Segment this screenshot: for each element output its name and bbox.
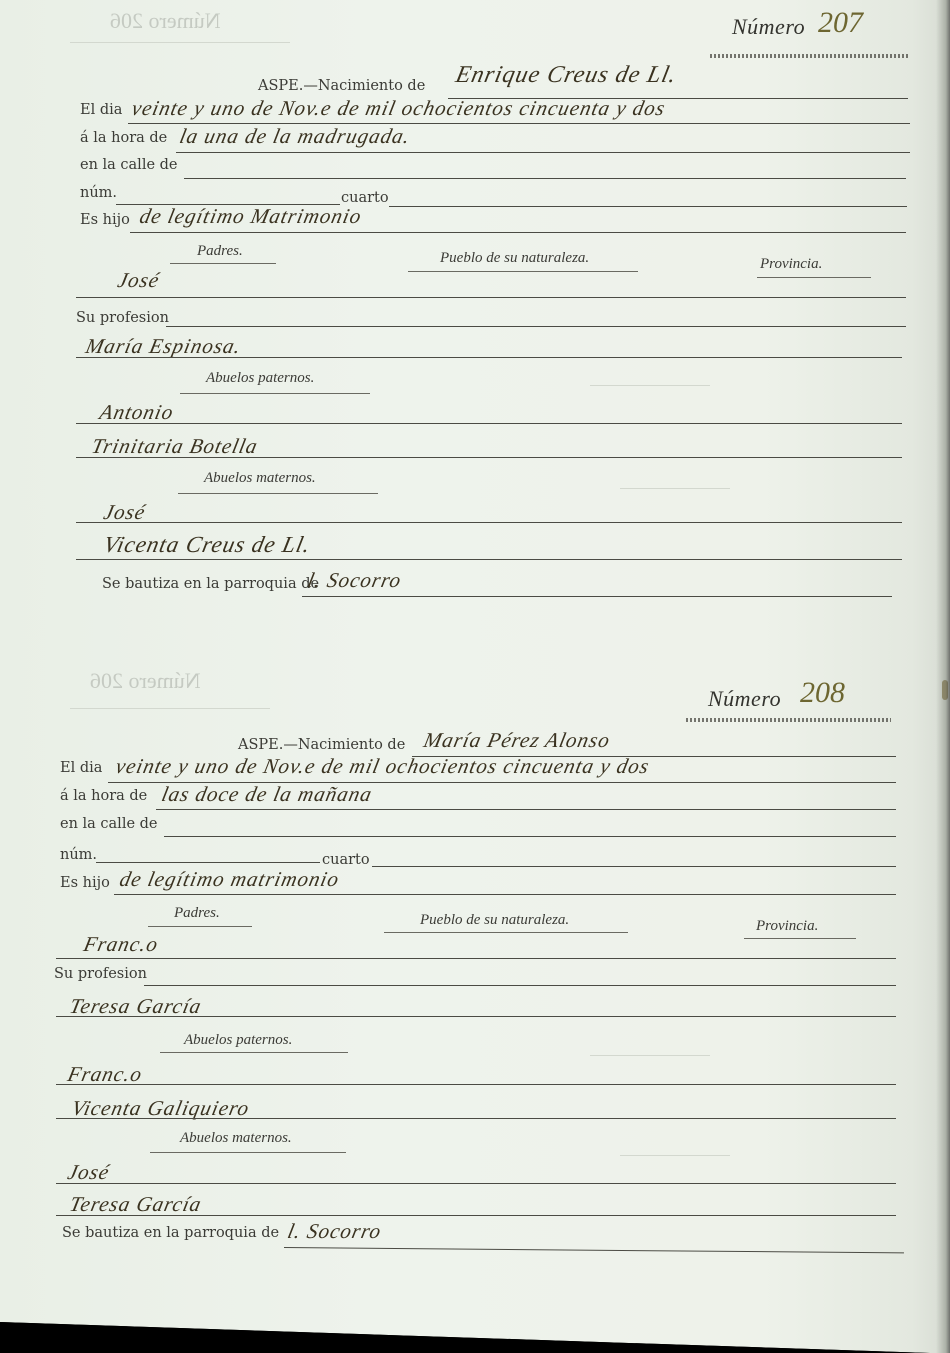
column-rule [148,926,252,927]
abuelos-maternos-label: Abuelos maternos. [204,470,316,487]
column-rule [150,1152,346,1153]
abuelo-materno: José [65,1160,112,1185]
register-page: Número 206 Número 206 Número 207 ASPE.—N… [0,0,950,1353]
header-printed: ASPE.—Nacimiento de [238,737,405,753]
column-rule [757,277,871,278]
hora-label: á la hora de [80,130,167,146]
field-line [56,1016,896,1017]
field-line [176,152,910,153]
num-label: núm. [80,185,117,201]
num-label: núm. [60,847,97,863]
field-line [56,1118,896,1119]
bleed-through-line [70,42,290,43]
es-hijo-label: Es hijo [60,875,110,891]
abuelos-paternos-label: Abuelos paternos. [206,370,314,387]
column-rule [178,493,378,494]
bautiza-value: l. Socorro [285,1219,384,1244]
es-hijo-label: Es hijo [80,212,130,228]
numero-underline [686,718,891,722]
hora-label: á la hora de [60,788,147,804]
el-dia-label: El dia [80,102,122,118]
column-rule [160,1052,348,1053]
abuelos-maternos-label: Abuelos maternos. [180,1130,292,1147]
bleed-through-line [590,385,710,386]
column-rule [384,932,628,933]
bleed-through-numero-middle: Número 206 [90,668,201,694]
field-line [372,866,896,867]
nacimiento-de-value: Enrique Creus de Ll. [453,62,679,89]
hora-value: la una de la madrugada. [177,124,412,149]
calle-label: en la calle de [60,816,158,832]
madre-name: María Espinosa. [83,334,243,359]
padre-name: José [115,268,162,293]
es-hijo-value: de legítimo Matrimonio [137,204,364,229]
field-line [96,862,320,863]
bleed-through-line [590,1055,710,1056]
el-dia-label: El dia [60,760,102,776]
field-line [56,1084,896,1085]
col-padres: Padres. [174,905,220,922]
column-rule [408,271,638,272]
padre-name: Franc.o [81,932,160,957]
field-line [76,423,902,424]
field-line [156,809,896,810]
header-printed: ASPE.—Nacimiento de [258,78,425,94]
el-dia-value: veinte y uno de Nov.e de mil ochocientos… [129,96,668,121]
cuarto-label: cuarto [322,852,370,868]
bleed-through-numero-top: Número 206 [110,8,221,34]
col-pueblo: Pueblo de su naturaleza. [420,912,569,929]
abuela-paterna: Trinitaria Botella [89,434,260,459]
field-line [302,596,892,597]
nacimiento-de-value: María Pérez Alonso [421,728,612,753]
bautiza-value: l. Socorro [305,568,404,593]
bleed-through-line [620,488,730,489]
field-line [114,894,896,895]
field-line [184,178,906,179]
profesion-label: Su profesion [76,310,169,326]
field-line [56,1215,896,1216]
col-provincia: Provincia. [760,256,822,273]
abuelo-paterno: Antonio [97,400,176,425]
numero-value: 208 [800,676,845,710]
field-line [76,457,902,458]
numero-label: Número [732,14,805,40]
col-provincia: Provincia. [756,918,818,935]
bautiza-label: Se bautiza en la parroquia de [62,1225,279,1241]
el-dia-value: veinte y uno de Nov.e de mil ochocientos… [113,754,652,779]
abuelos-paternos-label: Abuelos paternos. [184,1032,292,1049]
calle-label: en la calle de [80,157,178,173]
field-line [56,1183,896,1184]
field-line [76,297,906,298]
bleed-through-line [70,708,270,709]
hora-value: las doce de la mañana [159,782,374,807]
field-line [144,985,896,986]
numero-underline [710,54,910,58]
page-edge-shadow [936,0,950,1353]
numero-value: 207 [818,6,863,40]
field-line [164,836,896,837]
field-line [76,522,902,523]
abuela-materna: Teresa García [67,1192,204,1217]
column-rule [170,263,276,264]
field-line [166,326,906,327]
col-pueblo: Pueblo de su naturaleza. [440,250,589,267]
bleed-through-line [620,1155,730,1156]
profesion-label: Su profesion [54,966,147,982]
column-rule [180,393,370,394]
field-line [76,559,902,560]
field-line [130,232,906,233]
bautiza-label: Se bautiza en la parroquia de [102,576,319,592]
col-padres: Padres. [197,243,243,260]
field-line [56,958,896,959]
numero-label: Número [708,686,781,712]
es-hijo-value: de legítimo matrimonio [117,867,341,892]
field-line [389,206,907,207]
column-rule [744,938,856,939]
field-line [284,1247,904,1253]
abuela-materna: Vicenta Creus de Ll. [101,532,313,558]
field-line [76,357,902,358]
